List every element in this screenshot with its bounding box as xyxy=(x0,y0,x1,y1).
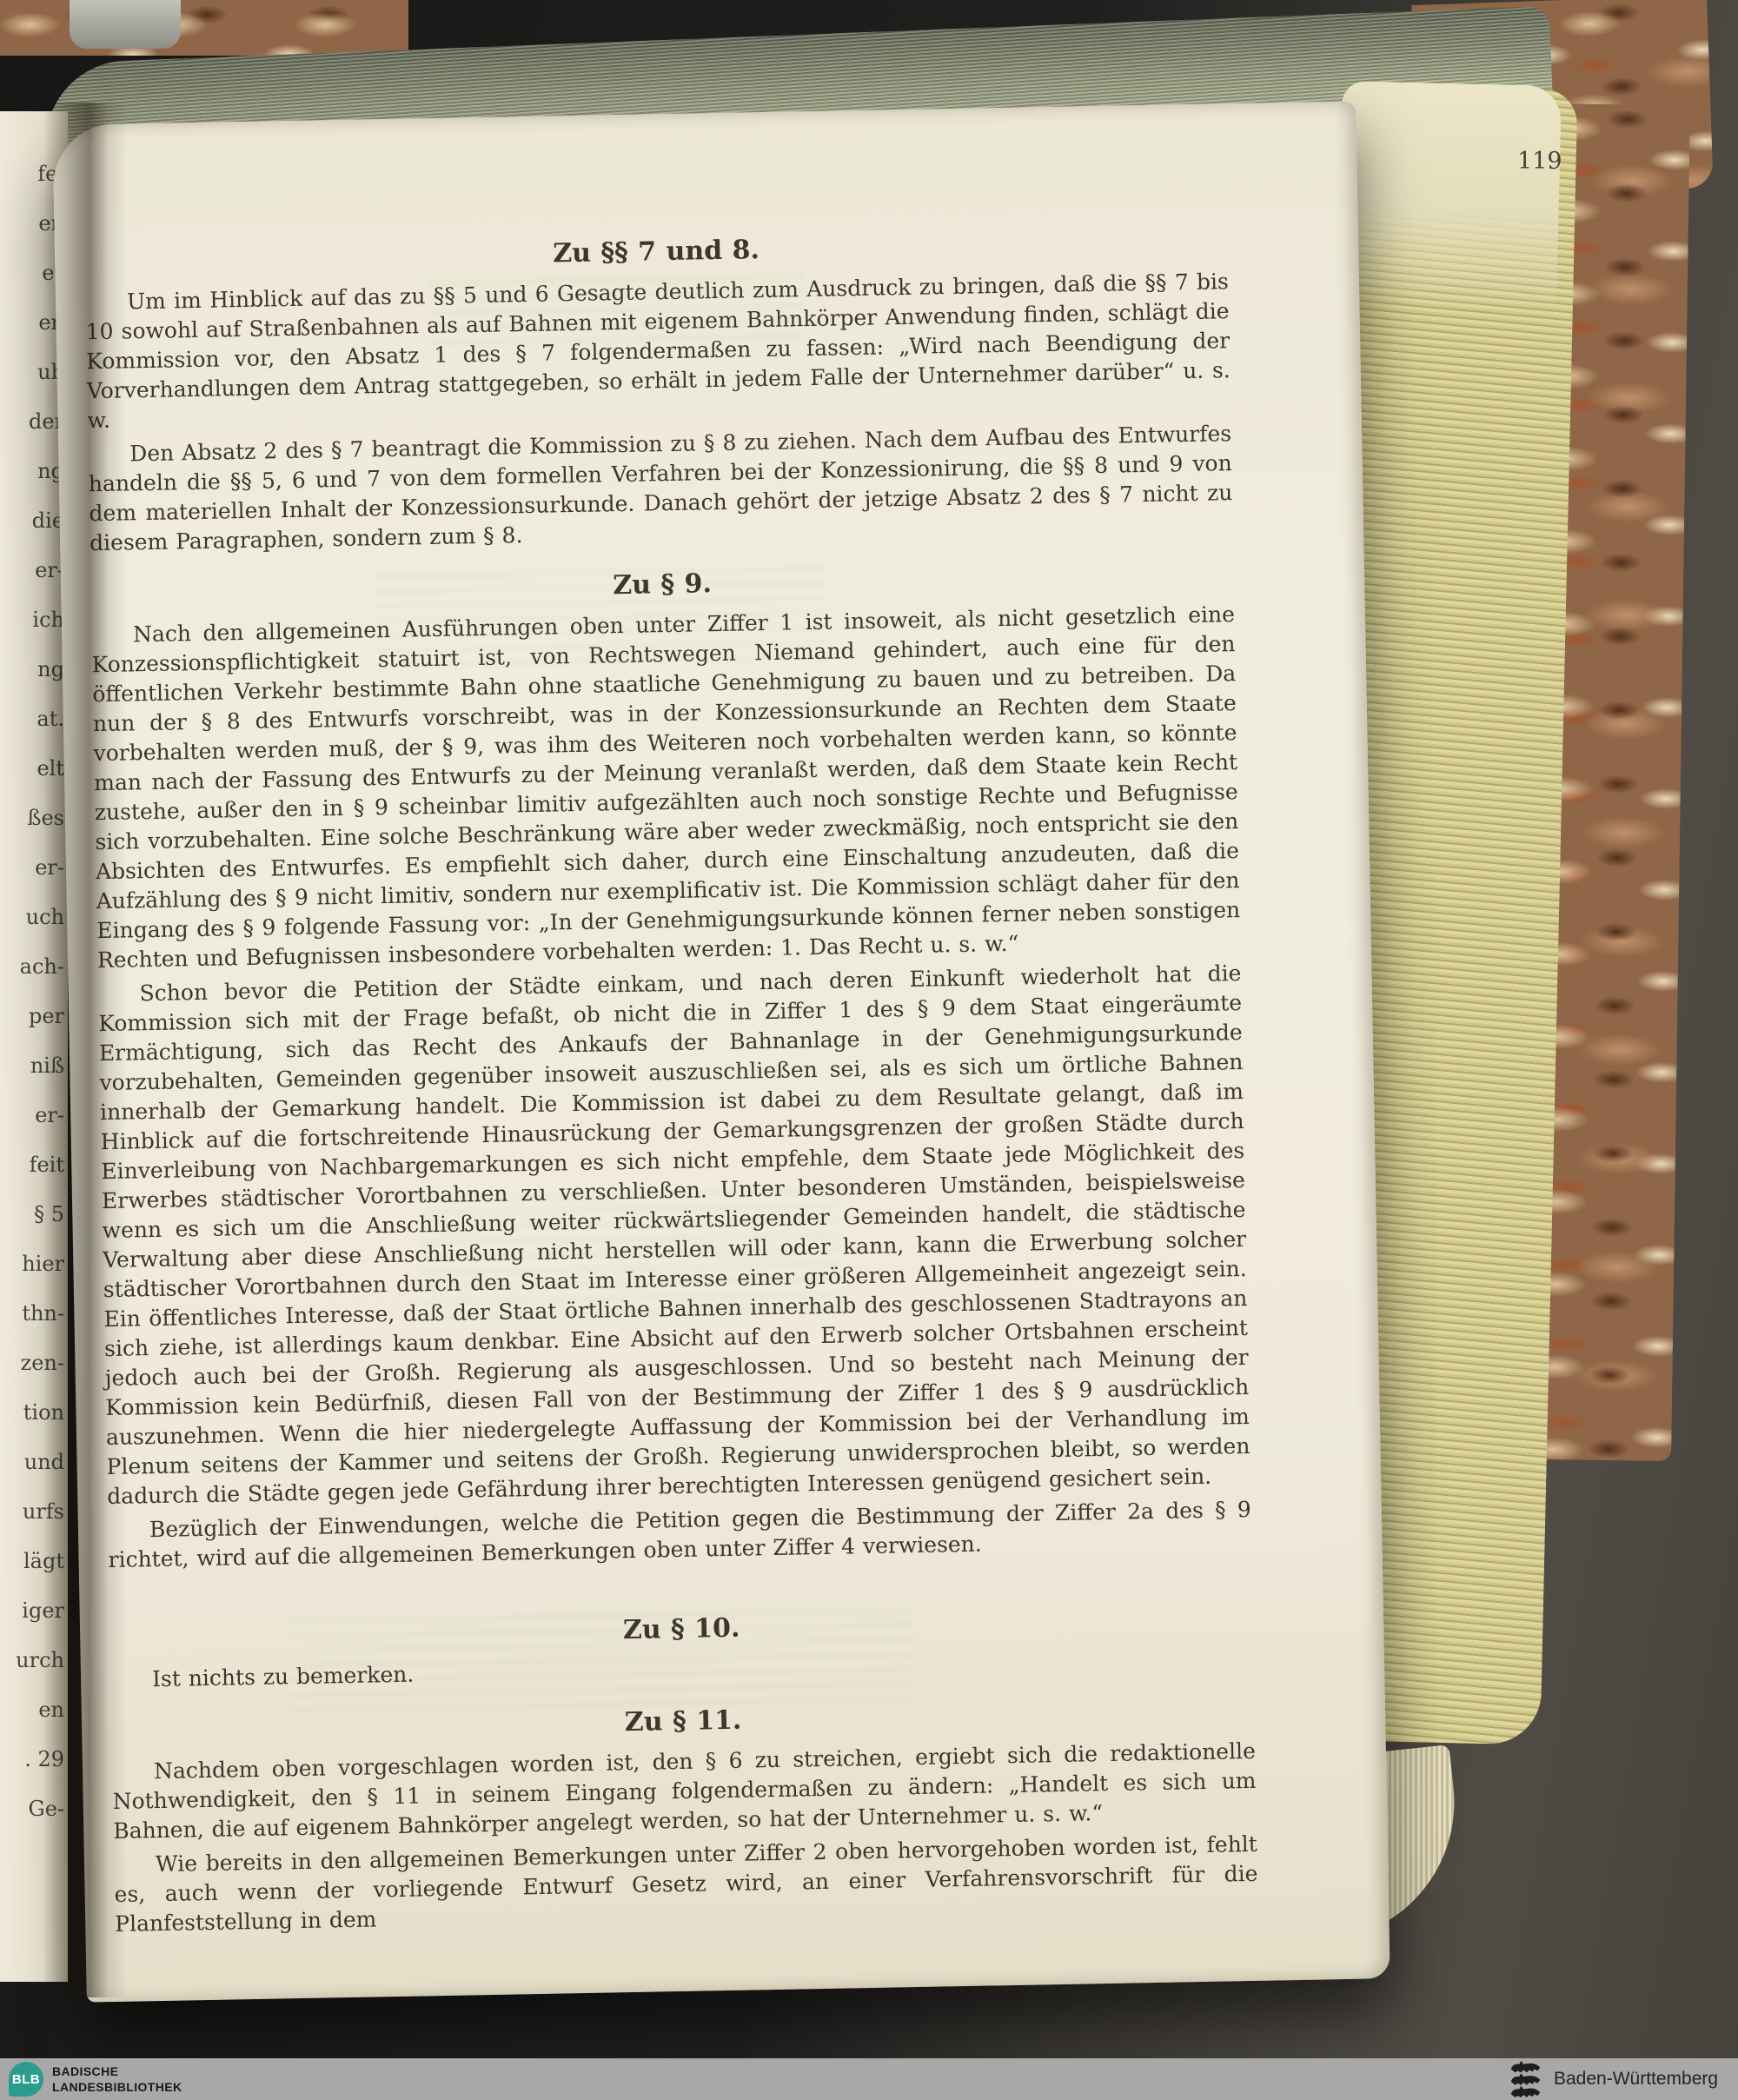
left-page-fragment: tion xyxy=(23,1400,64,1425)
book-clasp xyxy=(70,0,181,49)
footer-bar: BLB BADISCHE LANDESBIBLIOTHEK Baden-Würt… xyxy=(0,2058,1738,2100)
left-page-fragment: urch xyxy=(16,1648,64,1672)
paragraph: Den Absatz 2 des § 7 beantragt die Kommi… xyxy=(88,419,1233,558)
page-number: 119 xyxy=(1517,148,1562,175)
left-page-fragment: er- xyxy=(35,855,64,880)
coat-of-arms-icon xyxy=(1507,2060,1545,2098)
left-page-fragment: iger xyxy=(22,1598,64,1623)
left-page-fragment: zen- xyxy=(21,1351,64,1375)
book-page: Zu §§ 7 und 8. Um im Hinblick auf das zu… xyxy=(52,101,1390,2002)
page-text: Zu §§ 7 und 8. Um im Hinblick auf das zu… xyxy=(52,101,1390,1978)
state-logo-group: Baden-Württemberg xyxy=(1507,2060,1718,2098)
left-page-fragment: ach- xyxy=(20,954,64,979)
scan-viewport: feienerenubderngdieer-ichngat.eltßeser-u… xyxy=(0,0,1738,2100)
book-spine-top xyxy=(0,0,408,56)
left-page-fragment: thn- xyxy=(22,1301,64,1326)
left-page-fragment: ßes xyxy=(27,806,64,830)
paragraph: Wie bereits in den allgemeinen Bemerkung… xyxy=(114,1830,1259,1939)
left-page-fragment: niß xyxy=(30,1053,64,1078)
left-page-fragment: lägt xyxy=(23,1549,64,1573)
paragraph: Schon bevor die Petition der Städte eink… xyxy=(97,959,1250,1512)
left-page-fragment: feit xyxy=(30,1153,64,1177)
left-page-fragment: uch xyxy=(26,905,64,929)
paragraph: Um im Hinblick auf das zu §§ 5 und 6 Ges… xyxy=(85,267,1231,435)
left-page-fragment: at. xyxy=(36,707,64,731)
library-name-line1: BADISCHE xyxy=(52,2063,182,2079)
left-page-fragment: elt xyxy=(36,756,64,781)
left-page-fragment: ich xyxy=(32,608,64,632)
state-label: Baden-Württemberg xyxy=(1554,2069,1718,2090)
left-page-fragment: ng xyxy=(37,657,64,681)
left-page-fragment: er- xyxy=(35,1103,64,1127)
left-page-fragment: § 5 xyxy=(34,1202,64,1226)
blb-logo: BLB xyxy=(9,2062,43,2097)
left-page-fragment: Ge- xyxy=(29,1797,64,1821)
left-page-fragment: hier xyxy=(22,1252,64,1276)
paragraph: Nachdem oben vorgeschlagen worden ist, d… xyxy=(112,1737,1257,1846)
left-page-fragment: per xyxy=(29,1004,64,1028)
left-page-fragment: urfs xyxy=(23,1499,64,1524)
left-page-fragment: en xyxy=(38,1698,64,1722)
library-name: BADISCHE LANDESBIBLIOTHEK xyxy=(52,2063,182,2095)
left-page-fragment: und xyxy=(24,1450,64,1474)
library-name-line2: LANDESBIBLIOTHEK xyxy=(52,2079,182,2095)
blb-logo-text: BLB xyxy=(12,2072,40,2087)
fore-edge-highlight xyxy=(1337,81,1562,312)
left-page-fragment: . 29 xyxy=(24,1747,64,1771)
paragraph: Nach den allgemeinen Ausführungen oben u… xyxy=(91,600,1241,975)
paragraph: Ist nichts zu bemerken. xyxy=(110,1645,1254,1695)
